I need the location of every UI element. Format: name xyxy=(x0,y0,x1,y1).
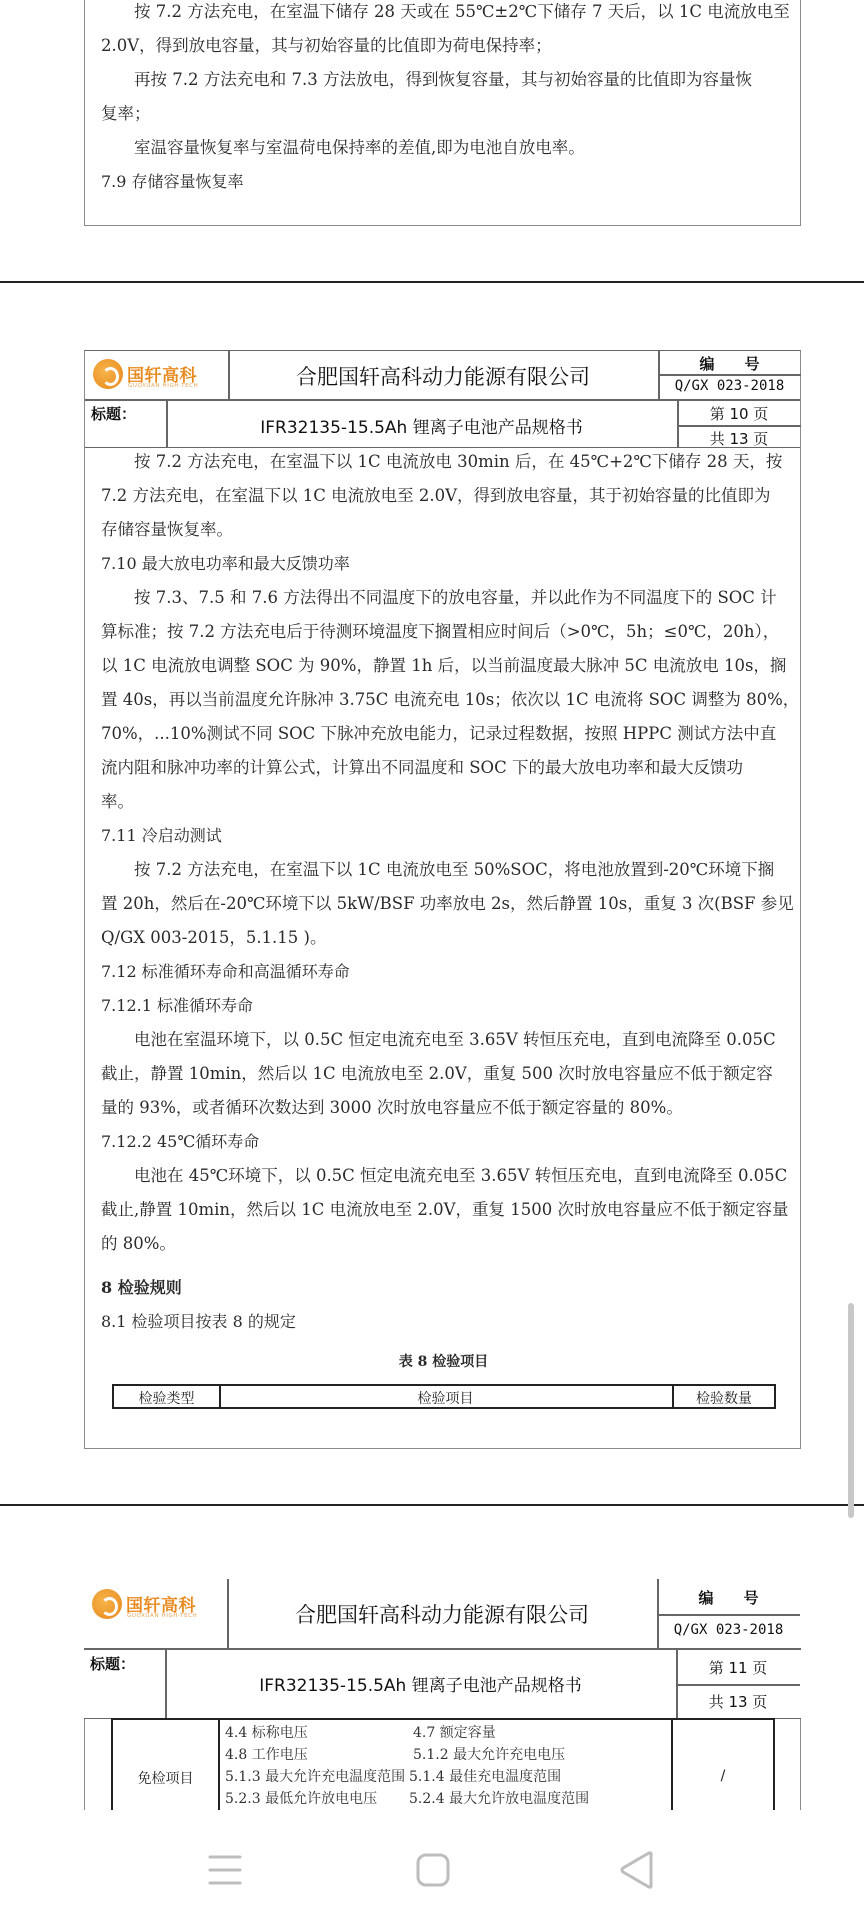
inspection-item: 5.1.4 最佳充电温度范围 xyxy=(409,1766,561,1786)
back-icon[interactable] xyxy=(618,1850,656,1890)
section-heading-8: 8 检验规则 xyxy=(101,1277,182,1299)
inspection-type-exempt: 免检项目 xyxy=(113,1768,218,1788)
paragraph-line: 电池在 45℃环境下，以 0.5C 恒定电流充电至 3.65V 转恒压充电，直到… xyxy=(101,1165,787,1187)
section-heading-7-11: 7.11 冷启动测试 xyxy=(101,825,222,847)
total-pages: 共 13 页 xyxy=(677,428,801,449)
section-heading-8-1: 8.1 检验项目按表 8 的规定 xyxy=(101,1311,296,1333)
document-page-11-header: 国轩高科 GUOXUAN HIGH-TECH 合肥国轩高科动力能源有限公司 编 … xyxy=(84,1579,801,1719)
document-code: Q/GX 023-2018 xyxy=(657,1622,800,1638)
document-page-9: 按 7.2 方法充电，在室温下储存 28 天或在 55℃±2℃下储存 7 天后，… xyxy=(84,0,801,226)
paragraph-line: 70%，...10%测试不同 SOC 下脉冲充放电能力，记录过程数据，按照 HP… xyxy=(101,723,776,745)
paragraph-line: 电池在室温环境下，以 0.5C 恒定电流充电至 3.65V 转恒压充电，直到电流… xyxy=(101,1029,776,1051)
section-heading-7-12-1: 7.12.1 标准循环寿命 xyxy=(101,995,253,1017)
paragraph-line: 室温容量恢复率与室温荷电保持率的差值,即为电池自放电率。 xyxy=(101,137,585,159)
page-separator xyxy=(0,1504,864,1506)
inspection-quantity: / xyxy=(673,1768,773,1784)
paragraph-line: 按 7.2 方法充电，在室温下储存 28 天或在 55℃±2℃下储存 7 天后，… xyxy=(101,1,790,23)
vertical-scrollbar[interactable] xyxy=(848,1303,854,1518)
inspection-item: 5.2.3 最低允许放电电压 xyxy=(225,1788,377,1808)
paragraph-line: 的 80%。 xyxy=(101,1233,176,1255)
paragraph-line: 按 7.2 方法充电，在室温下以 1C 电流放电至 50%SOC，将电池放置到-… xyxy=(101,859,774,881)
section-heading-7-9: 7.9 存储容量恢复率 xyxy=(101,171,244,193)
title-label: 标题： xyxy=(90,1653,135,1674)
logo-mark-icon xyxy=(92,1589,122,1619)
table-header-quantity: 检验数量 xyxy=(674,1388,774,1408)
document-code: Q/GX 023-2018 xyxy=(658,378,801,394)
title-label: 标题： xyxy=(91,403,136,424)
document-title: IFR32135-15.5Ah 锂离子电池产品规格书 xyxy=(165,1671,676,1696)
inspection-table-header: 检验类型 检验项目 检验数量 xyxy=(112,1384,776,1409)
company-logo: 国轩高科 GUOXUAN HIGH-TECH xyxy=(93,357,223,395)
paragraph-line: 率。 xyxy=(101,791,134,813)
current-page: 第 11 页 xyxy=(676,1657,800,1678)
section-heading-7-10: 7.10 最大放电功率和最大反馈功率 xyxy=(101,553,350,575)
inspection-item: 4.8 工作电压 xyxy=(225,1744,308,1764)
document-page-10-body: 国轩高科 GUOXUAN HIGH-TECH 合肥国轩高科动力能源有限公司 编 … xyxy=(84,350,801,1449)
company-name: 合肥国轩高科动力能源有限公司 xyxy=(227,1599,657,1629)
inspection-item: 5.1.2 最大允许充电电压 xyxy=(413,1744,565,1764)
paragraph-line: Q/GX 003-2015，5.1.15 )。 xyxy=(101,927,326,949)
paragraph-line: 按 7.3、7.5 和 7.6 方法得出不同温度下的放电容量，并以此作为不同温度… xyxy=(101,587,777,609)
inspection-item: 5.1.3 最大允许充电温度范围 xyxy=(225,1766,405,1786)
section-heading-7-12: 7.12 标准循环寿命和高温循环寿命 xyxy=(101,961,350,983)
total-pages: 共 13 页 xyxy=(676,1691,800,1712)
menu-icon[interactable] xyxy=(207,1854,243,1886)
paragraph-line: 截止，静置 10min，然后以 1C 电流放电至 2.0V，重复 500 次时放… xyxy=(101,1063,773,1085)
paragraph-line: 置 40s，再以当前温度允许脉冲 3.75C 电流充电 10s；依次以 1C 电… xyxy=(101,689,799,711)
page-header: 国轩高科 GUOXUAN HIGH-TECH 合肥国轩高科动力能源有限公司 编 … xyxy=(85,351,800,448)
paragraph-line: 2.0V，得到放电容量，其与初始容量的比值即为荷电保持率； xyxy=(101,35,552,57)
paragraph-line: 以 1C 电流放电调整 SOC 为 90%，静置 1h 后，以当前温度最大脉冲 … xyxy=(101,655,786,677)
document-title: IFR32135-15.5Ah 锂离子电池产品规格书 xyxy=(166,413,677,438)
paragraph-line: 量的 93%，或者循环次数达到 3000 次时放电容量应不低于额定容量的 80%… xyxy=(101,1097,683,1119)
table-caption: 表 8 检验项目 xyxy=(85,1351,802,1373)
system-navigation-bar xyxy=(0,1810,864,1920)
paragraph-line: 截止,静置 10min，然后以 1C 电流放电至 2.0V，重复 1500 次时… xyxy=(101,1199,789,1221)
inspection-item: 4.4 标称电压 xyxy=(225,1722,308,1742)
current-page: 第 10 页 xyxy=(677,403,801,424)
home-icon[interactable] xyxy=(415,1852,451,1888)
number-label: 编 号 xyxy=(658,353,801,374)
paragraph-line: 再按 7.2 方法充电和 7.3 方法放电，得到恢复容量，其与初始容量的比值即为… xyxy=(101,69,752,91)
page-header: 国轩高科 GUOXUAN HIGH-TECH 合肥国轩高科动力能源有限公司 编 … xyxy=(84,1579,801,1719)
paragraph-line: 存储容量恢复率。 xyxy=(101,519,233,541)
logo-subtext: GUOXUAN HIGH-TECH xyxy=(128,383,198,389)
paragraph-line: 算标准；按 7.2 方法充电后于待测环境温度下搁置相应时间后（>0℃，5h；≤0… xyxy=(101,621,779,643)
number-label: 编 号 xyxy=(657,1587,800,1608)
paragraph-line: 流内阻和脉冲功率的计算公式，计算出不同温度和 SOC 下的最大放电功率和最大反馈… xyxy=(101,757,743,779)
section-heading-7-12-2: 7.12.2 45℃循环寿命 xyxy=(101,1131,259,1153)
logo-mark-icon xyxy=(93,359,123,389)
table-header-type: 检验类型 xyxy=(114,1388,219,1408)
company-logo: 国轩高科 GUOXUAN HIGH-TECH xyxy=(92,1587,222,1625)
logo-subtext: GUOXUAN HIGH-TECH xyxy=(127,1613,197,1619)
paragraph-line: 按 7.2 方法充电，在室温下以 1C 电流放电 30min 后，在 45℃+2… xyxy=(101,451,782,473)
paragraph-line: 置 20h，然后在-20℃环境下以 5kW/BSF 功率放电 2s，然后静置 1… xyxy=(101,893,794,915)
inspection-item: 4.7 额定容量 xyxy=(413,1722,496,1742)
table-header-items: 检验项目 xyxy=(219,1388,672,1408)
page-separator xyxy=(0,281,864,283)
inspection-item: 5.2.4 最大允许放电温度范围 xyxy=(409,1788,589,1808)
company-name: 合肥国轩高科动力能源有限公司 xyxy=(228,361,658,391)
paragraph-line: 7.2 方法充电，在室温下以 1C 电流放电至 2.0V，得到放电容量，其于初始… xyxy=(101,485,771,507)
paragraph-line: 复率； xyxy=(101,103,151,125)
